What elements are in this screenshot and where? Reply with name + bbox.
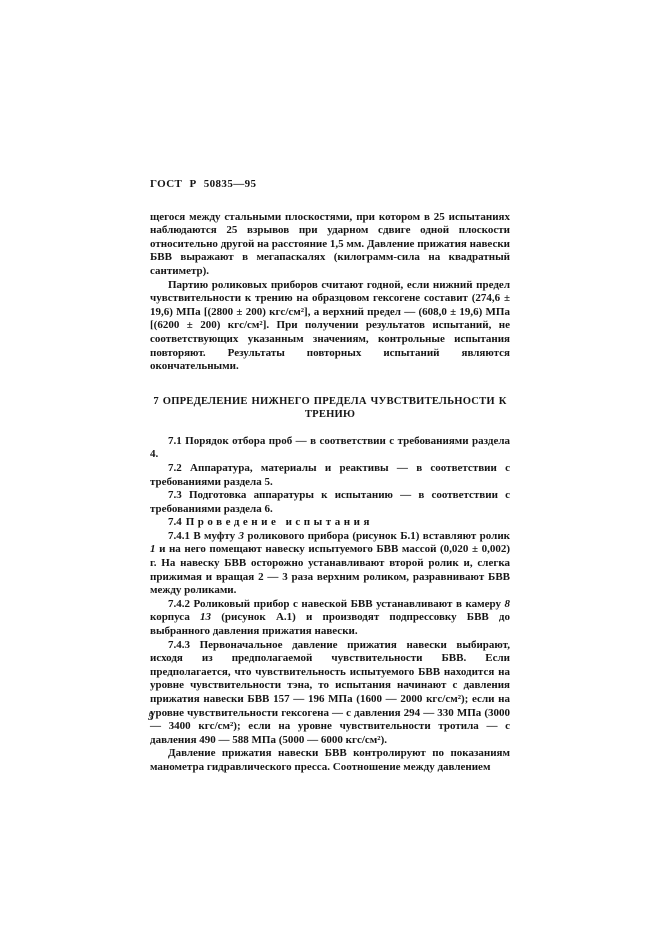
clause-7-4-number: 7.4	[168, 516, 182, 528]
page-number: 5	[148, 711, 154, 723]
clause-text: 7.4.2 Роликовый прибор с навеской БВВ ус…	[168, 598, 505, 610]
paragraph-7-4-2-installation: 7.4.2 Роликовый прибор с навеской БВВ ус…	[150, 598, 510, 639]
figure-part-number: 8	[505, 598, 511, 610]
paragraph-7-1-sampling: 7.1 Порядок отбора проб — в соответствии…	[150, 435, 510, 462]
paragraph-7-3-preparation: 7.3 Подготовка аппаратуры к испытанию — …	[150, 489, 510, 516]
paragraph-7-2-apparatus: 7.2 Аппаратура, материалы и реактивы — в…	[150, 462, 510, 489]
clause-text: корпуса	[150, 611, 200, 623]
document-standard-designation: ГОСТ Р 50835—95	[150, 178, 510, 192]
clause-text: роликового прибора (рисунок Б.1) вставля…	[244, 530, 510, 542]
section-7-heading: 7 ОПРЕДЕЛЕНИЕ НИЖНЕГО ПРЕДЕЛА ЧУВСТВИТЕЛ…	[150, 395, 510, 421]
figure-part-number: 13	[200, 611, 211, 623]
paragraph-roller-batch-acceptance: Партию роликовых приборов считают годной…	[150, 279, 510, 374]
document-text-block: ГОСТ Р 50835—95 щегося между стальными п…	[150, 178, 510, 775]
scanned-gost-document-page: { "page": { "header": "ГОСТ Р 50835—95",…	[0, 0, 661, 935]
paragraph-continuation-friction-test: щегося между стальными плоскостями, при …	[150, 211, 510, 279]
clause-text: и на него помещают навеску испытуемого Б…	[150, 543, 510, 596]
paragraph-7-4-1-assembly: 7.4.1 В муфту 3 роликового прибора (рису…	[150, 530, 510, 598]
paragraph-7-4-3-initial-pressure: 7.4.3 Первоначальное давление прижатия н…	[150, 639, 510, 748]
clause-7-4-title: Проведение испытания	[186, 516, 373, 528]
clause-text: 7.4.1 В муфту	[168, 530, 239, 542]
paragraph-pressure-monitoring: Давление прижатия навески БВВ контролиру…	[150, 747, 510, 774]
paragraph-7-4-test-procedure-heading: 7.4Проведение испытания	[150, 516, 510, 530]
